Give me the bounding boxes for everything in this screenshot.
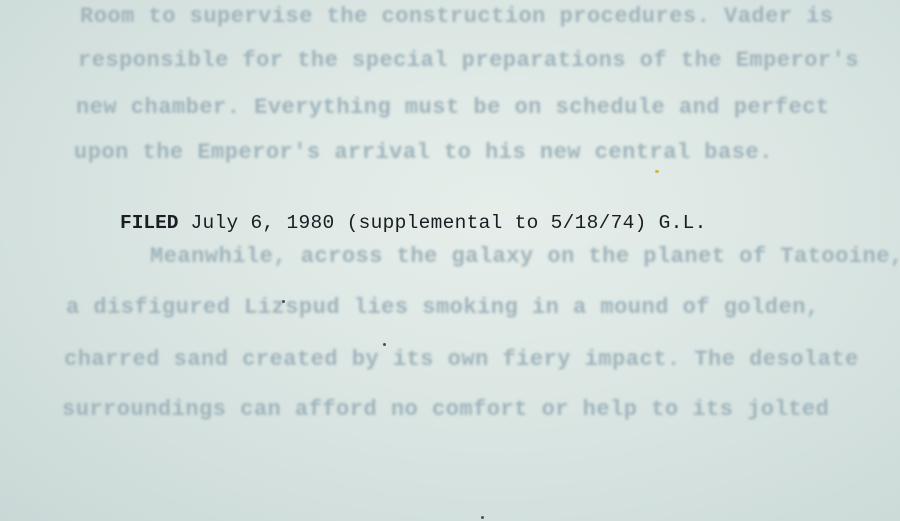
faded-line-8: surroundings can afford no comfort or he… <box>62 397 829 422</box>
paper-speck <box>481 516 484 519</box>
typewritten-page: Room to supervise the construction proce… <box>0 0 900 521</box>
filed-annotation: FILED July 6, 1980 (supplemental to 5/18… <box>120 212 707 234</box>
paper-speck <box>282 300 285 303</box>
paper-speck <box>383 343 386 346</box>
faded-line-7: charred sand created by its own fiery im… <box>64 347 859 372</box>
faded-line-5: Meanwhile, across the galaxy on the plan… <box>150 244 900 269</box>
filed-initials: G.L. <box>659 212 707 234</box>
filed-note: (supplemental to 5/18/74) <box>347 212 647 234</box>
faded-line-3: new chamber. Everything must be on sched… <box>76 95 830 120</box>
faded-line-4: upon the Emperor's arrival to his new ce… <box>74 140 773 165</box>
filed-stamp: FILED <box>120 212 179 234</box>
faded-line-6: a disfigured Lizspud lies smoking in a m… <box>66 295 820 320</box>
filed-date: July 6, 1980 <box>191 212 335 234</box>
paper-speck <box>655 170 659 173</box>
faded-line-1: Room to supervise the construction proce… <box>80 4 834 29</box>
faded-line-2: responsible for the special preparations… <box>78 48 859 73</box>
